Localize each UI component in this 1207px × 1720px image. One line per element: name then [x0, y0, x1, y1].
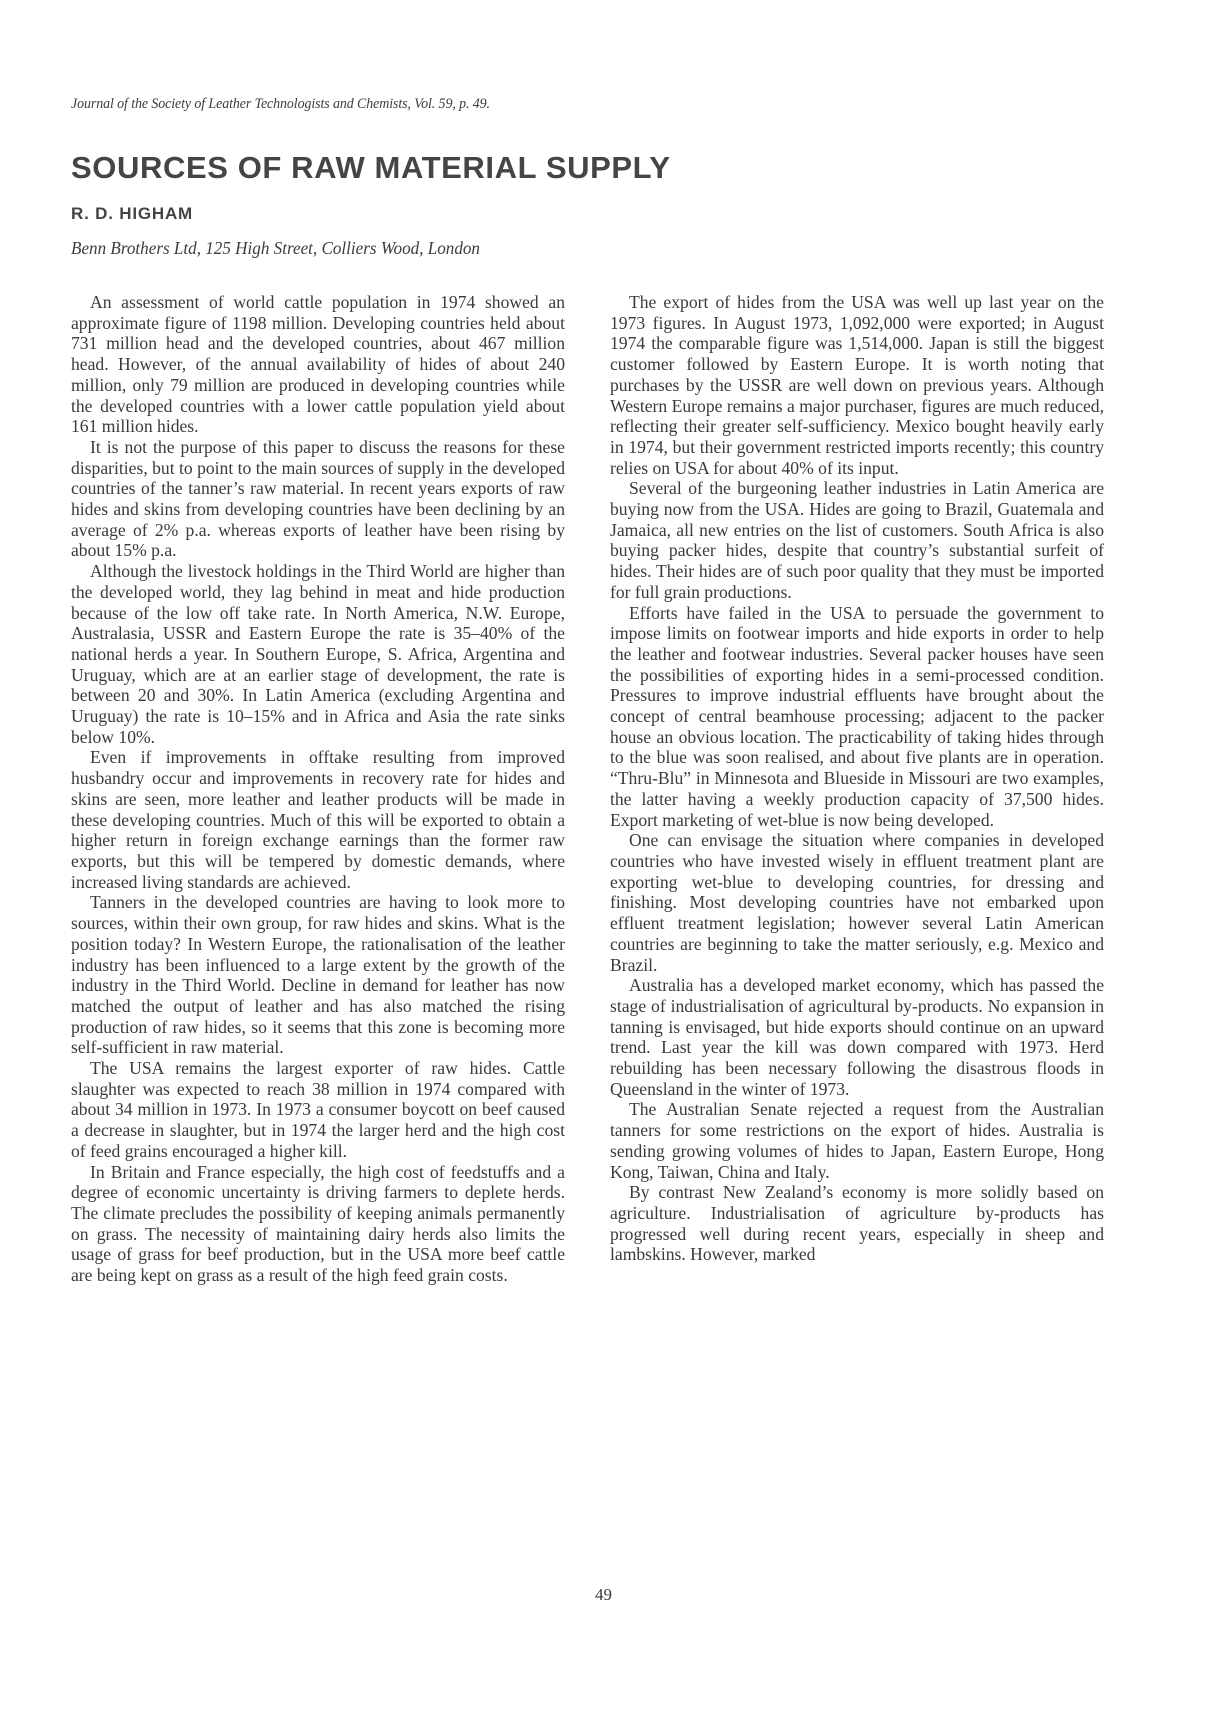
left-column: An assessment of world cattle population…: [71, 292, 565, 1286]
paragraph: Australia has a developed market economy…: [610, 975, 1104, 1099]
paragraph: The export of hides from the USA was wel…: [610, 292, 1104, 478]
right-column: The export of hides from the USA was wel…: [610, 292, 1104, 1265]
paragraph: Tanners in the developed countries are h…: [71, 892, 565, 1058]
paragraph: It is not the purpose of this paper to d…: [71, 437, 565, 561]
paragraph: In Britain and France especially, the hi…: [71, 1162, 565, 1286]
paragraph: Several of the burgeoning leather indust…: [610, 478, 1104, 602]
paragraph: The USA remains the largest exporter of …: [71, 1058, 565, 1162]
paragraph: Efforts have failed in the USA to persua…: [610, 603, 1104, 831]
article-title: SOURCES OF RAW MATERIAL SUPPLY: [71, 150, 671, 186]
paper-page: Journal of the Society of Leather Techno…: [0, 0, 1207, 1720]
author-name: R. D. HIGHAM: [71, 204, 193, 224]
paragraph: By contrast New Zealand’s economy is mor…: [610, 1182, 1104, 1265]
paragraph: An assessment of world cattle population…: [71, 292, 565, 437]
paragraph: Although the livestock holdings in the T…: [71, 561, 565, 747]
journal-reference: Journal of the Society of Leather Techno…: [71, 96, 490, 113]
page-number: 49: [0, 1585, 1207, 1605]
paragraph: The Australian Senate rejected a request…: [610, 1099, 1104, 1182]
paragraph: One can envisage the situation where com…: [610, 830, 1104, 975]
author-affiliation: Benn Brothers Ltd, 125 High Street, Coll…: [71, 238, 480, 259]
paragraph: Even if improvements in offtake resultin…: [71, 747, 565, 892]
